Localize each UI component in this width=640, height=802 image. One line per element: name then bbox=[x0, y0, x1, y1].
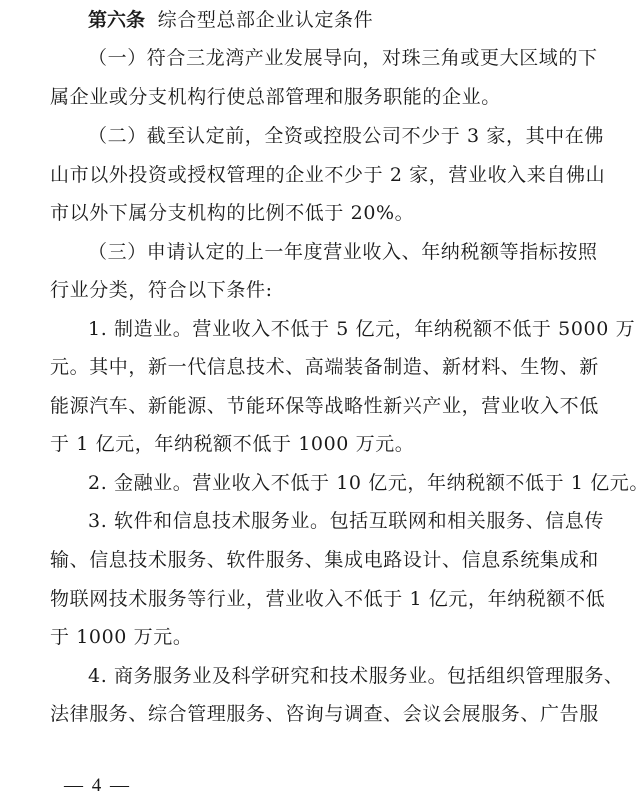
paragraph-line: 能源汽车、新能源、节能环保等战略性新兴产业，营业收入不低 bbox=[50, 394, 592, 418]
paragraph-line: 山市以外投资或授权管理的企业不少于 2 家，营业收入来自佛山 bbox=[50, 163, 592, 187]
paragraph-line: （一）符合三龙湾产业发展导向，对珠三角或更大区域的下 bbox=[88, 46, 592, 70]
page-number: — 4 — bbox=[64, 775, 131, 797]
paragraph-line: 市以外下属分支机构的比例不低于 20%。 bbox=[50, 201, 592, 225]
paragraph-line: 2. 金融业。营业收入不低于 10 亿元，年纳税额不低于 1 亿元。 bbox=[88, 471, 592, 495]
paragraph-line: （二）截至认定前，全资或控股公司不少于 3 家，其中在佛 bbox=[88, 124, 592, 148]
paragraph-line: 行业分类，符合以下条件: bbox=[50, 278, 592, 302]
paragraph-line: 法律服务、综合管理服务、咨询与调查、会议会展服务、广告服 bbox=[50, 702, 592, 726]
paragraph-line: 1. 制造业。营业收入不低于 5 亿元，年纳税额不低于 5000 万 bbox=[88, 317, 592, 341]
paragraph-line: 3. 软件和信息技术服务业。包括互联网和相关服务、信息传 bbox=[88, 509, 592, 533]
document-page: 第六条 综合型总部企业认定条件 （一）符合三龙湾产业发展导向，对珠三角或更大区域… bbox=[0, 0, 640, 802]
paragraph-line: 属企业或分支机构行使总部管理和服务职能的企业。 bbox=[50, 85, 592, 109]
article-title: 综合型总部企业认定条件 bbox=[158, 9, 374, 31]
article-number: 第六条 bbox=[88, 9, 145, 31]
paragraph-line: 于 1 亿元，年纳税额不低于 1000 万元。 bbox=[50, 432, 592, 456]
paragraph-line: （三）申请认定的上一年度营业收入、年纳税额等指标按照 bbox=[88, 240, 592, 264]
paragraph-line: 输、信息技术服务、软件服务、集成电路设计、信息系统集成和 bbox=[50, 548, 592, 572]
paragraph-line: 于 1000 万元。 bbox=[50, 625, 592, 649]
paragraph-line: 元。其中，新一代信息技术、高端装备制造、新材料、生物、新 bbox=[50, 355, 592, 379]
paragraph-line: 物联网技术服务等行业，营业收入不低于 1 亿元，年纳税额不低 bbox=[50, 587, 592, 611]
article-heading: 第六条 综合型总部企业认定条件 bbox=[88, 8, 592, 32]
paragraph-line: 4. 商务服务业及科学研究和技术服务业。包括组织管理服务、 bbox=[88, 664, 592, 688]
